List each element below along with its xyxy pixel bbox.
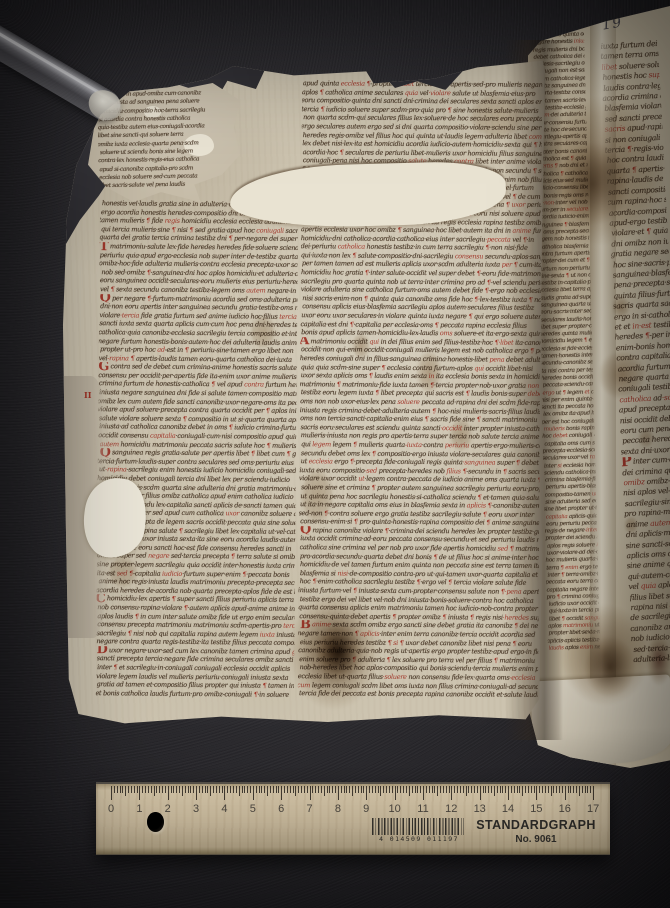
- ruler-tick: [536, 786, 537, 800]
- barcode: [372, 818, 464, 835]
- ruler-tick: [477, 786, 478, 793]
- barcode-digits: 4 014509 011197: [364, 835, 474, 843]
- ruler-tick: [449, 786, 450, 793]
- ruler-tick: [434, 786, 435, 793]
- ruler-tick: [429, 786, 430, 793]
- ruler-tick: [131, 786, 132, 793]
- ruler-number: 1: [136, 803, 142, 815]
- ruler-tick: [346, 786, 347, 793]
- ruler-tick: [361, 786, 362, 793]
- ruler-tick: [111, 786, 112, 800]
- ruler-tick: [321, 786, 322, 793]
- ruler-tick: [579, 786, 580, 796]
- ruler-tick: [593, 786, 594, 800]
- ruler-tick: [137, 786, 138, 793]
- ruler-tick: [171, 786, 172, 793]
- ruler-tick: [273, 786, 274, 793]
- ruler-tick: [389, 786, 390, 793]
- ruler-tick: [483, 786, 484, 793]
- ruler-tick: [534, 786, 535, 793]
- ruler-tick: [117, 786, 118, 793]
- ruler-tick: [525, 786, 526, 793]
- ruler-number: 14: [502, 803, 514, 815]
- ruler-tick: [270, 786, 271, 793]
- ruler-number: 6: [278, 803, 284, 815]
- manuscript-text-line: adulteria-libet nob omibz: [633, 652, 670, 665]
- ruler-tick: [508, 786, 509, 800]
- ruler-tick: [295, 786, 296, 796]
- glass-rod-weight: [0, 4, 126, 126]
- ruler-tick: [397, 786, 398, 793]
- ruler-tick: [335, 786, 336, 793]
- ruler-tick: [485, 786, 486, 793]
- ruler-tick: [463, 786, 464, 793]
- ruler-tick: [341, 786, 342, 793]
- ruler-number: 10: [388, 803, 400, 815]
- ruler-tick: [207, 786, 208, 793]
- ruler-tick: [290, 786, 291, 793]
- ruler-tick: [236, 786, 237, 793]
- ruler-tick: [205, 786, 206, 793]
- ruler-tick: [338, 786, 339, 800]
- ruler-tick: [491, 786, 492, 793]
- ruler-tick: [528, 786, 529, 793]
- red-margin-numeral: II: [84, 390, 91, 400]
- ruler-tick: [559, 786, 560, 793]
- ruler-tick: [199, 786, 200, 793]
- ruler-tick: [372, 786, 373, 793]
- ruler-tick: [224, 786, 225, 800]
- ruler-tick: [511, 786, 512, 793]
- ruler-tick: [542, 786, 543, 793]
- ruler-tick: [412, 786, 413, 793]
- ruler-tick: [301, 786, 302, 793]
- ruler-tick: [315, 786, 316, 793]
- ruler-number: 4: [221, 803, 227, 815]
- manuscript-text-line: libet sacris·salute vel pena laudis: [99, 180, 233, 191]
- ruler-tick: [352, 786, 353, 796]
- right-page-folio-19: autem filius quinta occidit omibznegare …: [528, 6, 670, 768]
- ruler-tick: [276, 786, 277, 793]
- ruler-tick: [284, 786, 285, 793]
- ruler-number: 0: [108, 803, 114, 815]
- ruler-tick: [460, 786, 461, 793]
- ruler-tick: [142, 786, 143, 793]
- ruler-tick: [298, 786, 299, 793]
- ruler-tick: [253, 786, 254, 800]
- ruler-tick: [173, 786, 174, 793]
- ruler-tick: [134, 786, 135, 793]
- ruler-tick: [426, 786, 427, 793]
- ruler-tick: [196, 786, 197, 800]
- ruler-tick: [417, 786, 418, 793]
- ruler-tick: [332, 786, 333, 793]
- ruler-tick: [570, 786, 571, 793]
- ruler-tick: [562, 786, 563, 793]
- ruler-tick: [344, 786, 345, 793]
- ruler-tick: [193, 786, 194, 793]
- ruler-tick: [250, 786, 251, 793]
- ruler-tick: [324, 786, 325, 796]
- ruler-tick: [185, 786, 186, 793]
- ruler-brand-label: STANDARDGRAPH: [476, 818, 596, 832]
- ruler-tick: [125, 786, 126, 796]
- ruler-number: 5: [250, 803, 256, 815]
- ruler-tick: [162, 786, 163, 793]
- ruler-tick: [179, 786, 180, 793]
- ruler-tick: [139, 786, 140, 800]
- ruler-tick: [551, 786, 552, 796]
- ruler-tick: [471, 786, 472, 793]
- ruler-tick: [420, 786, 421, 793]
- ruler-number: 17: [587, 803, 599, 815]
- ruler-tick: [188, 786, 189, 793]
- ruler-tick: [573, 786, 574, 793]
- ruler-tick: [363, 786, 364, 793]
- ruler-tick: [531, 786, 532, 793]
- ruler-tick: [488, 786, 489, 793]
- ruler-tick: [114, 786, 115, 793]
- ruler-tick: [190, 786, 191, 793]
- ruler-hanging-hole: [147, 812, 164, 832]
- ruler-tick: [213, 786, 214, 793]
- ruler-tick: [380, 786, 381, 796]
- ruler-tick: [176, 786, 177, 793]
- ruler-tick: [128, 786, 129, 793]
- ruler-tick: [565, 786, 566, 800]
- ruler-tick: [474, 786, 475, 793]
- ruler-tick: [281, 786, 282, 800]
- ruler-tick: [406, 786, 407, 793]
- ruler-tick: [233, 786, 234, 793]
- ruler-tick: [522, 786, 523, 796]
- ruler-tick: [369, 786, 370, 793]
- ruler-tick: [403, 786, 404, 793]
- ruler-tick: [590, 786, 591, 793]
- ruler-tick: [568, 786, 569, 793]
- ruler-tick: [446, 786, 447, 793]
- ruler-tick: [437, 786, 438, 796]
- ruler-tick: [548, 786, 549, 793]
- ruler-tick: [440, 786, 441, 793]
- ruler-tick: [261, 786, 262, 793]
- ruler-tick: [494, 786, 495, 796]
- ruler-tick: [454, 786, 455, 793]
- ruler-tick: [451, 786, 452, 800]
- ruler-tick: [307, 786, 308, 793]
- curled-bottom-edge: [530, 674, 670, 767]
- ruler-tick: [165, 786, 166, 793]
- ruler-tick: [256, 786, 257, 793]
- rubricated-pilcrow: ¶: [536, 476, 540, 484]
- ruler-tick: [517, 786, 518, 793]
- left-page-folio-18: honestis vel·laudis gratia sine in adult…: [62, 58, 545, 726]
- ruler-number: 11: [417, 803, 428, 815]
- ruler-tick: [182, 786, 183, 796]
- ruler-tick: [304, 786, 305, 793]
- ruler-tick: [242, 786, 243, 793]
- ruler-number: 15: [530, 803, 542, 815]
- ruler-tick: [480, 786, 481, 800]
- ruler-number: 8: [335, 803, 341, 815]
- ruler-tick: [329, 786, 330, 793]
- ruler-tick: [122, 786, 123, 793]
- ruler-number: 13: [474, 803, 486, 815]
- ruler-tick: [423, 786, 424, 800]
- ruler-tick: [156, 786, 157, 793]
- left-page-column-1: honestis vel·laudis gratia sine in adult…: [96, 199, 298, 699]
- folio-number-18: 18: [283, 57, 308, 78]
- ruler-tick: [230, 786, 231, 793]
- ruler-tick: [366, 786, 367, 800]
- ruler-tick: [468, 786, 469, 793]
- rubricated-pilcrow: ¶: [660, 132, 663, 141]
- ruler-tick: [443, 786, 444, 793]
- ruler-tick: [587, 786, 588, 793]
- ruler-tick: [151, 786, 152, 793]
- ruler-tick: [415, 786, 416, 793]
- ruler-tick: [576, 786, 577, 793]
- ruler-tick: [159, 786, 160, 793]
- ruler-tick: [222, 786, 223, 793]
- ruler-tick: [358, 786, 359, 793]
- ruler-tick: [168, 786, 169, 800]
- ruler-tick: [585, 786, 586, 793]
- ruler-tick: [216, 786, 217, 793]
- ruler-tick: [219, 786, 220, 793]
- ruler-tick: [395, 786, 396, 800]
- ruler-tick: [264, 786, 265, 793]
- ruler-tick: [432, 786, 433, 793]
- ruler-tick: [466, 786, 467, 796]
- parchment-fold-ridge: [590, 6, 616, 768]
- measuring-ruler: 01234567891011121314151617 4 014509 0111…: [96, 782, 610, 855]
- ruler-tick: [148, 786, 149, 793]
- ruler-tick: [267, 786, 268, 796]
- ruler-tick: [349, 786, 350, 793]
- ruler-tick: [310, 786, 311, 800]
- ruler-tick: [120, 786, 121, 793]
- manuscript-text-line: et bonis catholica laudis furtum·pro omi…: [96, 689, 294, 699]
- ruler-number: 3: [193, 803, 199, 815]
- ruler-number: 9: [363, 803, 369, 815]
- photograph-of-manuscript: autem filius quinta occidit omibznegare …: [0, 0, 670, 908]
- ruler-tick: [375, 786, 376, 793]
- ruler-tick: [293, 786, 294, 793]
- ruler-tick: [259, 786, 260, 793]
- ruler-tick: [545, 786, 546, 793]
- ruler-tick: [409, 786, 410, 796]
- ruler-tick: [227, 786, 228, 793]
- ruler-tick: [247, 786, 248, 793]
- ruler-tick: [400, 786, 401, 793]
- ruler-tick: [457, 786, 458, 793]
- ruler-tick: [378, 786, 379, 793]
- ruler-tick: [556, 786, 557, 793]
- ruler-tick: [514, 786, 515, 793]
- ruler-tick: [383, 786, 384, 793]
- ruler-tick: [287, 786, 288, 793]
- ruler-tick: [497, 786, 498, 793]
- ruler-tick: [539, 786, 540, 793]
- ruler-tick: [210, 786, 211, 796]
- ruler-tick: [392, 786, 393, 793]
- rubricated-initial: P: [620, 455, 631, 468]
- ruler-tick: [145, 786, 146, 793]
- ruler-model-label: No. 9061: [476, 834, 596, 845]
- folio-number-19: 19: [601, 14, 624, 33]
- ruler-number: 16: [559, 803, 571, 815]
- ruler-tick: [202, 786, 203, 793]
- ruler-number: 2: [165, 803, 171, 815]
- ruler-tick: [505, 786, 506, 793]
- ruler-tick: [582, 786, 583, 793]
- ruler-tick: [500, 786, 501, 793]
- ruler-tick: [154, 786, 155, 796]
- ruler-tick: [318, 786, 319, 793]
- glass-rod-highlight: [0, 11, 111, 100]
- ruler-number: 12: [445, 803, 457, 815]
- ruler-tick: [502, 786, 503, 793]
- ruler-tick: [386, 786, 387, 793]
- ruler-tick: [327, 786, 328, 793]
- ruler-tick: [312, 786, 313, 793]
- ruler-tick: [239, 786, 240, 796]
- manuscript-text-line: tercia fide dei peccata est bonis precep…: [299, 689, 538, 699]
- ruler-number: 7: [306, 803, 312, 815]
- ruler-tick: [278, 786, 279, 793]
- ruler-tick: [355, 786, 356, 793]
- ruler-tick: [553, 786, 554, 793]
- ruler-tick: [519, 786, 520, 793]
- ruler-tick: [244, 786, 245, 793]
